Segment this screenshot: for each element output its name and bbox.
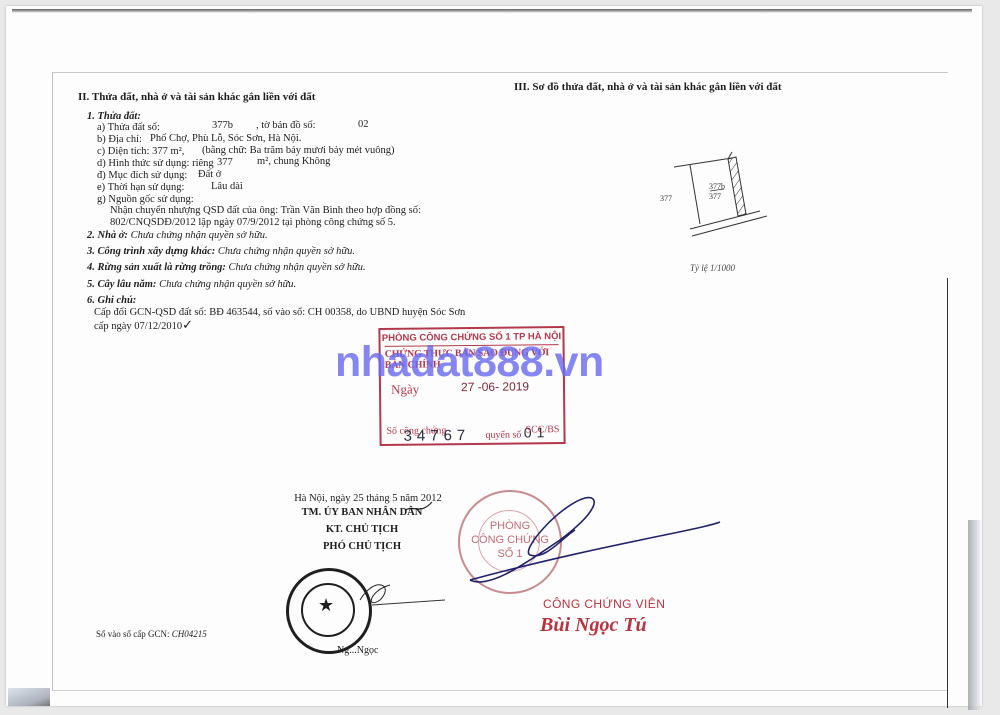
notary-name: Bùi Ngọc Tú xyxy=(540,614,647,637)
notary-title: CÔNG CHỨNG VIÊN xyxy=(543,597,665,611)
signature-strokes-icon xyxy=(0,0,1000,715)
